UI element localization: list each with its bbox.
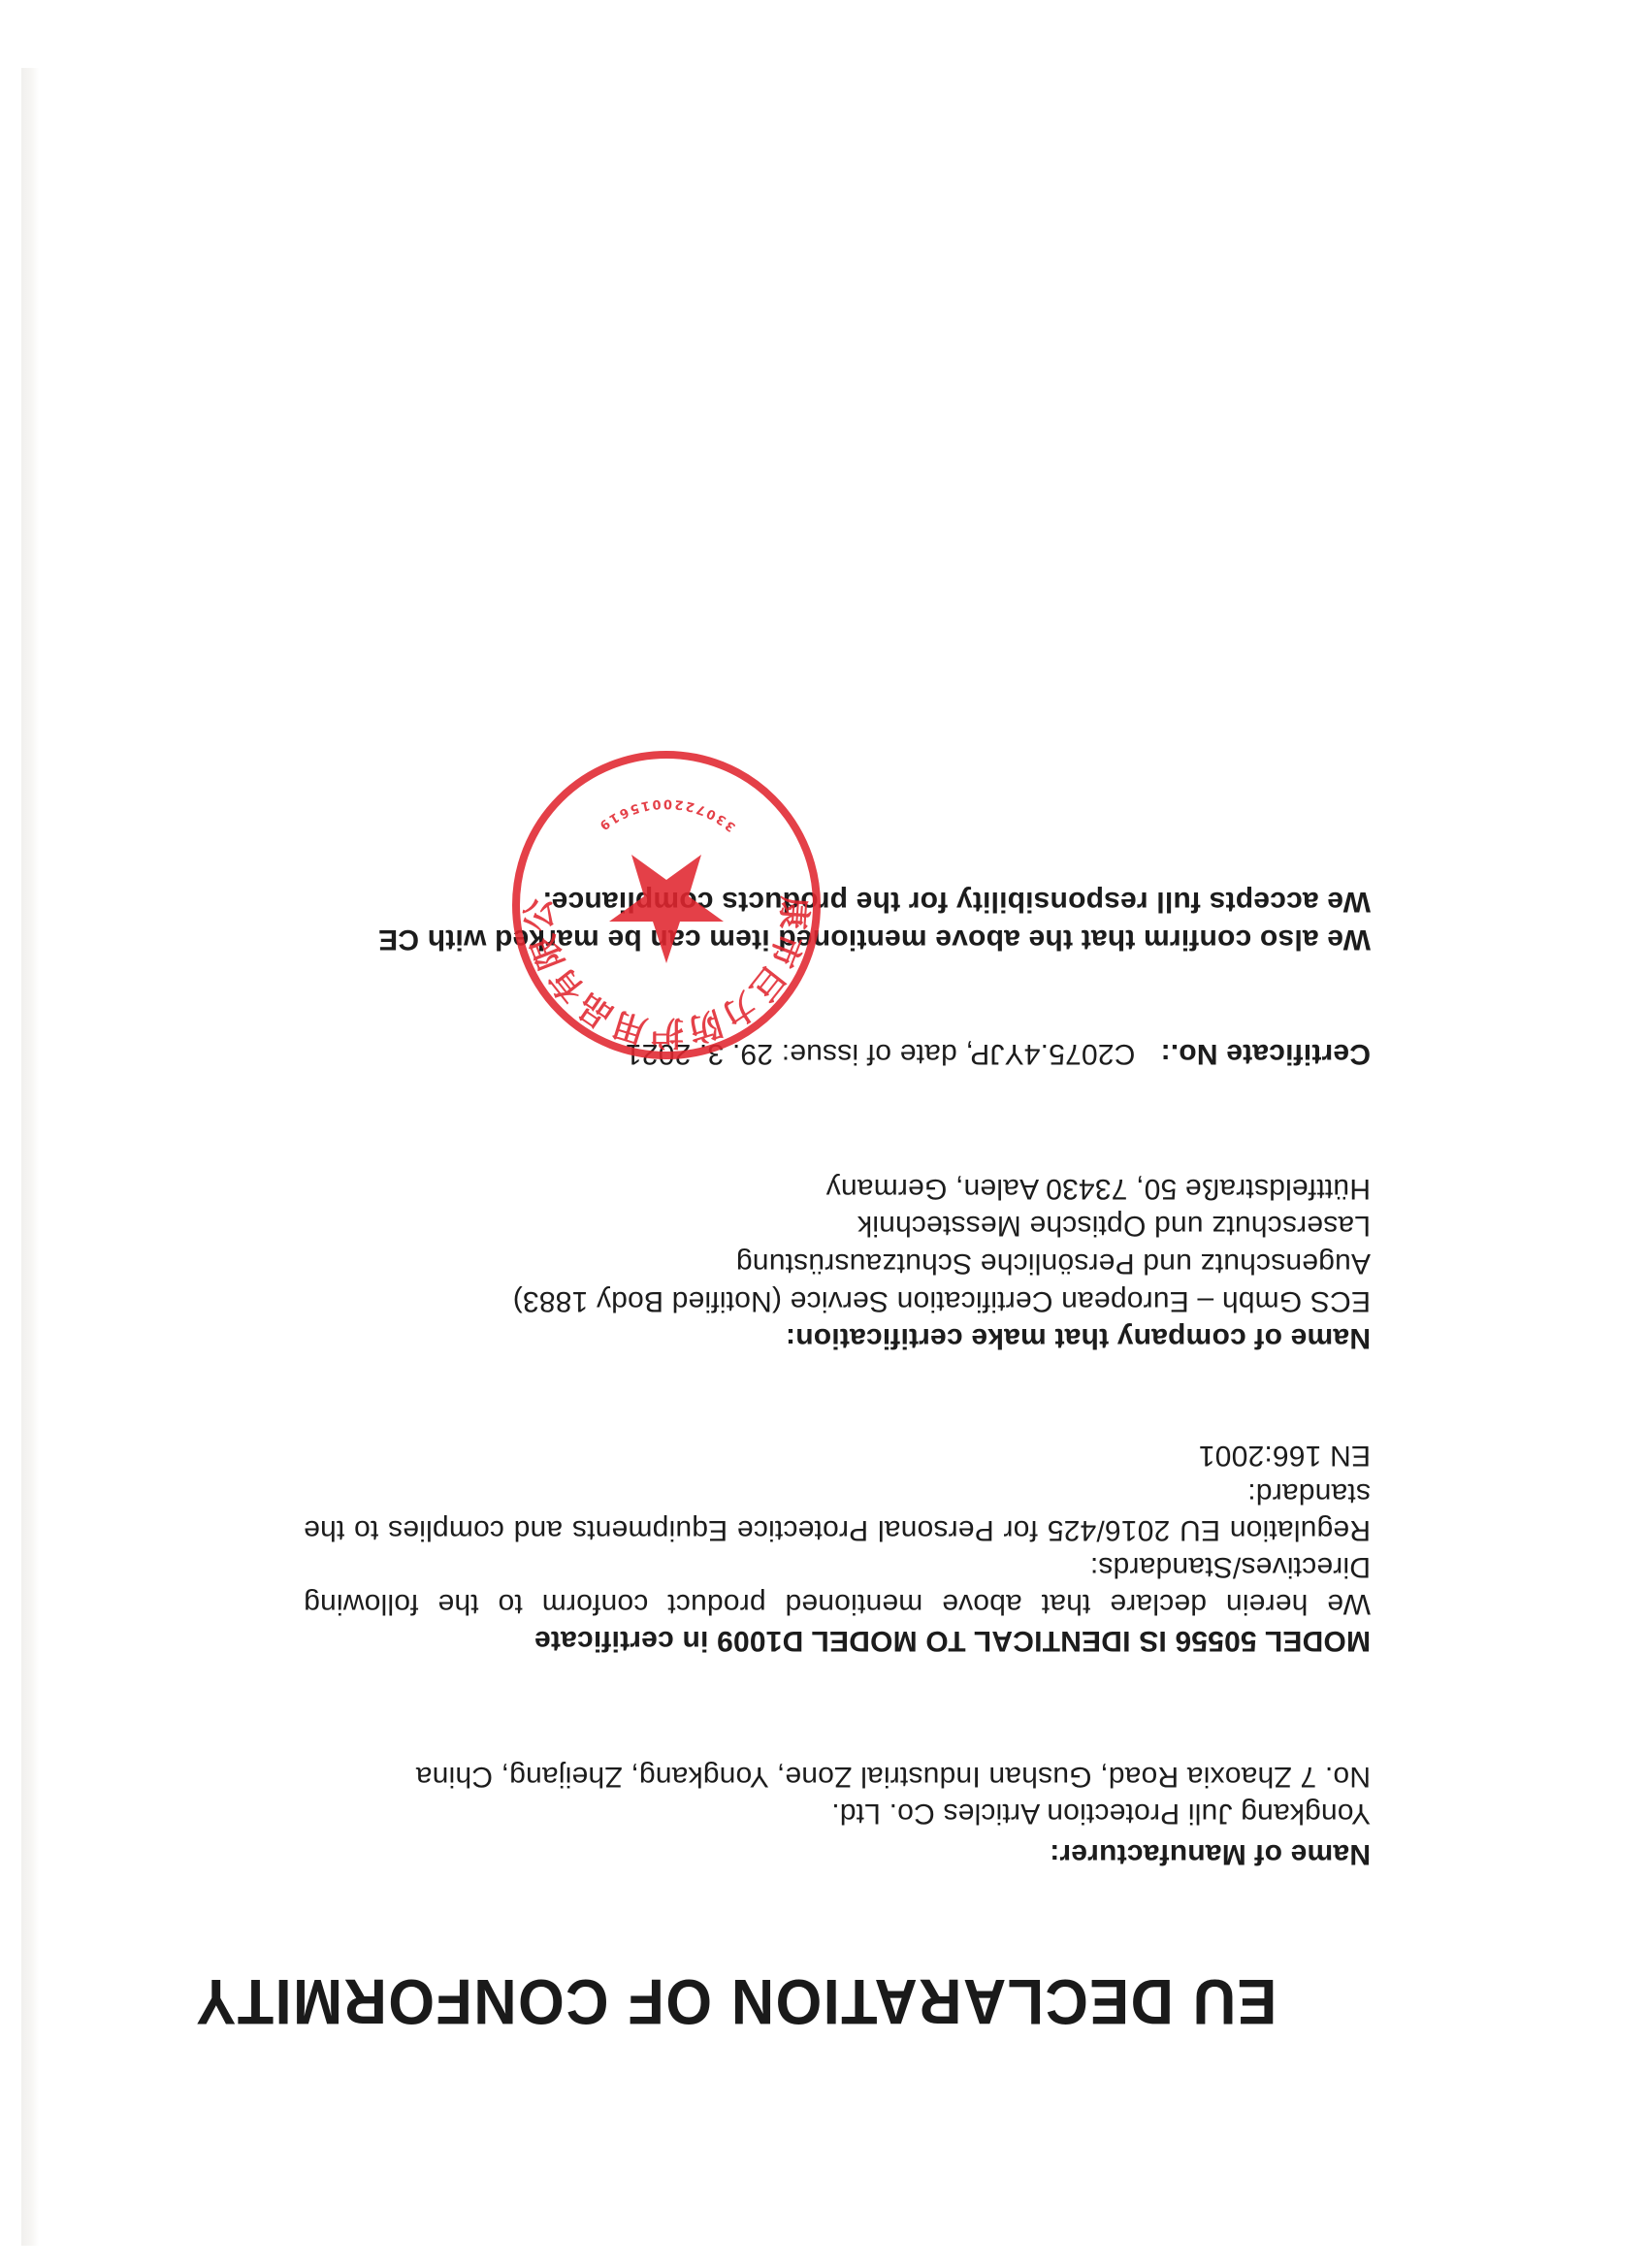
certifier-line: ECS Gmbh – European Certification Servic… — [304, 1282, 1371, 1319]
manufacturer-heading: Name of Manufacturer: — [304, 1835, 1371, 1872]
declaration-line-4: standard: — [304, 1474, 1371, 1511]
document-title: EU DECLARATION OF CONFORMITY — [411, 1965, 1277, 2039]
certifier-line: Laserschutz und Optische Messtechnik — [304, 1207, 1371, 1244]
certificate-label: Certificate No.: — [1160, 1038, 1371, 1070]
declaration-page: EU DECLARATION OF CONFORMITY Name of Man… — [0, 0, 1649, 2268]
manufacturer-address: No. 7 Zhaoxia Road, Gushan Industrial Zo… — [304, 1758, 1371, 1795]
certifier-heading: Name of company that make certification: — [304, 1319, 1371, 1356]
model-statement: MODEL 50556 IS IDENTICAL TO MODEL D1009 … — [304, 1622, 1371, 1659]
ce-confirmation: We also confirm that the above mentioned… — [304, 921, 1371, 957]
standard-value: EN 166:2001 — [304, 1437, 1371, 1474]
seal-registration-number: 3307220015619 — [595, 796, 739, 834]
declaration-line-3: Regulation EU 2016/425 for Personal Prot… — [304, 1511, 1371, 1548]
certificate-value: C2075.4YJP, date of issue: 29. 3. 2021 — [626, 1038, 1136, 1070]
declaration-line-1: We herein declare that above mentioned p… — [304, 1585, 1371, 1622]
responsibility-statement: We accepts full responsibility for the p… — [304, 883, 1371, 920]
declaration-line-2: Directives/Standards: — [304, 1548, 1371, 1585]
manufacturer-name: Yongkang Juli Protection Articles Co. Lt… — [304, 1795, 1371, 1831]
certifier-line: Augenschutz und Persönliche Schutzausrüs… — [304, 1245, 1371, 1281]
certifier-line: Hüttfeldstraße 50, 73430 Aalen, Germany — [304, 1170, 1371, 1207]
certificate-row: Certificate No.:C2075.4YJP, date of issu… — [304, 1035, 1371, 1072]
